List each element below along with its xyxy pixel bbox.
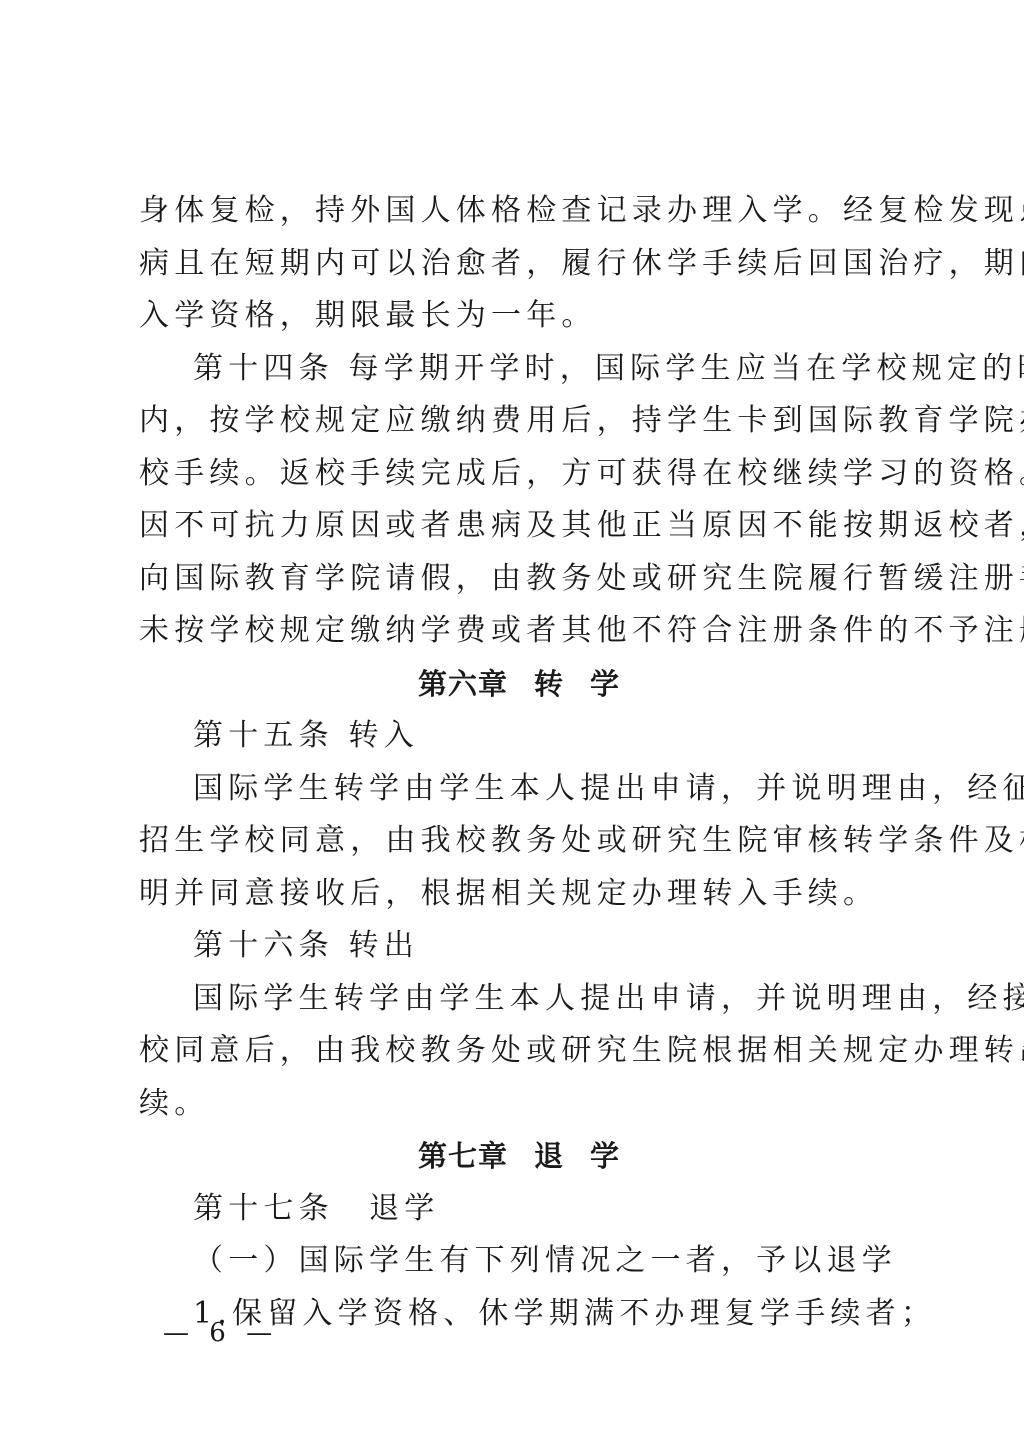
chapter-7-heading: 第七章退学 xyxy=(139,1130,899,1183)
paragraph-line: 因不可抗力原因或者患病及其他正当原因不能按期返校者，应当 xyxy=(139,500,899,553)
chapter-title-part: 退 xyxy=(534,1139,564,1173)
paragraph-line: 向国际教育学院请假，由教务处或研究生院履行暂缓注册手续。 xyxy=(139,553,899,606)
paragraph-line: 明并同意接收后，根据相关规定办理转入手续。 xyxy=(139,868,899,921)
paragraph-line: 入学资格，期限最长为一年。 xyxy=(139,290,899,343)
paragraph-line: 续。 xyxy=(139,1078,899,1131)
chapter-title-part: 学 xyxy=(590,667,620,701)
paragraph-line: 国际学生转学由学生本人提出申请，并说明理由，经接收院 xyxy=(139,973,899,1026)
article-15-heading: 第十五条 转入 xyxy=(139,710,899,763)
chapter-title-part: 转 xyxy=(534,667,564,701)
paragraph-line: 校同意后，由我校教务处或研究生院根据相关规定办理转出手 xyxy=(139,1025,899,1078)
document-body: 身体复检，持外国人体格检查记录办理入学。经复检发现患有疾 病且在短期内可以治愈者… xyxy=(139,185,899,1340)
article-14-line: 第十四条 每学期开学时，国际学生应当在学校规定的时间 xyxy=(139,343,899,396)
paragraph-line: 病且在短期内可以治愈者，履行休学手续后回国治疗，期间保留 xyxy=(139,238,899,291)
article-16-heading: 第十六条 转出 xyxy=(139,920,899,973)
chapter-number: 第七章 xyxy=(418,1139,508,1173)
paragraph-line: 校手续。返校手续完成后，方可获得在校继续学习的资格。如果 xyxy=(139,448,899,501)
paragraph-line: 招生学校同意，由我校教务处或研究生院审核转学条件及相关证 xyxy=(139,815,899,868)
paragraph-line: 内，按学校规定应缴纳费用后，持学生卡到国际教育学院办理返 xyxy=(139,395,899,448)
article-17-heading: 第十七条 退学 xyxy=(139,1183,899,1236)
paragraph-line: （一）国际学生有下列情况之一者，予以退学 xyxy=(139,1235,899,1288)
paragraph-line: 身体复检，持外国人体格检查记录办理入学。经复检发现患有疾 xyxy=(139,185,899,238)
document-page: 身体复检，持外国人体格检查记录办理入学。经复检发现患有疾 病且在短期内可以治愈者… xyxy=(0,0,1024,1448)
paragraph-line: 国际学生转学由学生本人提出申请，并说明理由，经征得原 xyxy=(139,763,899,816)
chapter-number: 第六章 xyxy=(418,667,508,701)
chapter-6-heading: 第六章转学 xyxy=(139,658,899,711)
paragraph-line: 未按学校规定缴纳学费或者其他不符合注册条件的不予注册。 xyxy=(139,605,899,658)
chapter-title-part: 学 xyxy=(590,1139,620,1173)
page-number: — 6 — xyxy=(163,1318,278,1348)
